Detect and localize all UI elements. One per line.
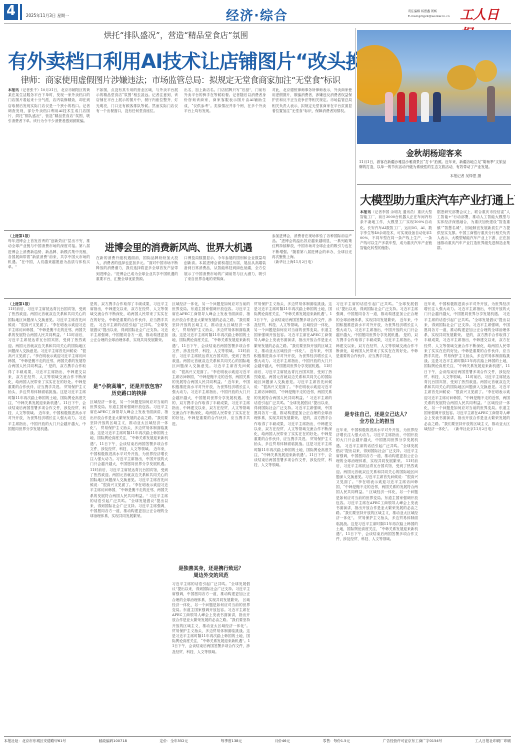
- mid-column-4: 参加进博会，消费者在现场体验了各种国际前沿产品。“进博会的溢出效应越来越明显，一…: [272, 234, 352, 296]
- side-byline: 本报讯: [360, 210, 371, 214]
- lower-column-5b: 近年来，中国积极推进高水平对外开放，为世界经济增长注入强大动力。习近平主席指出，…: [336, 428, 418, 732]
- side-column-2: 据悉研究部署会议上，联合重庆市经信委“人工智能+”行动部署，推动人工智能大模型与…: [437, 210, 510, 292]
- editor-info: 责任编辑 杨德鑫 周畅 E-mail:grbjjzk@workercn.cn: [408, 9, 450, 19]
- subhead-1: 是“小院高墙”，还是开放包容？ 历史路口的抉择: [90, 384, 168, 397]
- lower-column-2: 是的，双方携手合作取得了丰硕成果，习近平主席指出，中韩建交以来，双方在经贸、人文…: [90, 302, 168, 382]
- mid-column-3: 口博览局数据显示，今年参展的国别和企业数量均创新高。本届进博会面积超过历届，展品…: [184, 256, 266, 296]
- divider: [355, 28, 356, 296]
- editor-email: E-mail:grbjjzk@workercn.cn: [408, 14, 450, 19]
- lower-column-3b: 习近平主席的话语引起广泛共鸣。“全球发展倡议”提出以来，得到国际社会广泛支持。习…: [172, 582, 250, 732]
- side-headline[interactable]: 大模型助力重庆汽车产业打通上下游: [360, 192, 510, 208]
- autumn-poplar-photo[interactable]: [357, 30, 511, 144]
- lead-headline[interactable]: 有外卖档口利用AI技术让店铺图片“改头换面”: [8, 46, 353, 74]
- footer-address: 本报社址：北京市东城区安德路甲61号: [4, 739, 66, 746]
- photo-person: [397, 92, 405, 122]
- mid-column-1: （上接第1版）每年进博会上首发首秀的“创新效应”层出不穷，推动全球产业链与中国消…: [8, 234, 90, 294]
- footer-price-quarter: 每季度138元: [221, 739, 242, 746]
- photo-person: [433, 92, 441, 122]
- footer-price-year: 定价：全年552元: [160, 739, 188, 746]
- lower-column-2b: 区域经济一体化，另一个问题是如何应对当前的世界变局。东道主国家强调开放包容。习近…: [90, 400, 168, 732]
- subhead-2: 是专注自己，还是立己达人？ 全方位上的担当: [336, 412, 418, 425]
- page-number: 4: [4, 4, 18, 20]
- section-title: 经济·综合: [226, 5, 288, 24]
- photo-credit: 本报记者 吴铎思 摄: [450, 174, 481, 179]
- photo-tree: [357, 45, 402, 105]
- photo-caption: 11月1日，游客在新疆沙雅县沙雅湾景区“打卡”拍照。近年来，新疆各地立足“胡杨季…: [359, 160, 509, 170]
- footer-postal: 邮政编码100718: [99, 739, 127, 746]
- divider: [357, 184, 511, 185]
- photo-person: [385, 92, 393, 122]
- divider: [4, 230, 354, 231]
- photo-person: [421, 92, 429, 122]
- divider: [4, 298, 511, 299]
- side-column-1: 本报讯（记者李国 余明友 通讯员）重庆大型智能工厂，前日3000台机器人正在车间…: [360, 210, 432, 292]
- mid-column-2: 在新的消费升级机遇面前，国际品牌纷纷加大投入，消费者的选择也更加多元。“面对中国…: [96, 256, 178, 296]
- lower-column-6: 近年来，中国积极推进高水平对外开放，为世界经济增长注入强大动力。习近平主席指出，…: [424, 302, 510, 732]
- photo-person: [409, 92, 417, 122]
- photo-caption-title: 金秋胡杨迎客来: [357, 148, 511, 159]
- subhead-3: 是独善其身，还是携行致远？ 周边外交的风范: [172, 566, 250, 579]
- footer-price-month: 月价46元: [275, 739, 290, 746]
- lower-column-3: 区域经济一体化，另一个问题是如何应对当前的世界变局。东道主国家强调开放包容。习近…: [172, 302, 250, 564]
- lower-column-4: 贸易保护主义抬头，多边贸易体制面临挑战。这是习近平主席时隔11年再次踏上韩国的土…: [254, 302, 332, 732]
- lower-column-5: 习近平主席的话语引起广泛共鸣。“全球发展倡议”提出以来，得到国际社会广泛支持。习…: [336, 302, 418, 410]
- lead-column-1: 本报讯（记者张千）10月31日，北京市朝阳区的黄某在某生活服务平台下单时，发现一…: [8, 88, 90, 228]
- lead-byline: 本报讯: [8, 88, 19, 92]
- lower-column-1: （上接第1版）11时前后，习近平主席抵达青瓦台国宾馆，受到了热烈欢迎。两国元首就…: [8, 302, 86, 732]
- page-number-bar: [20, 4, 22, 20]
- masthead: 4 2025年11月3日 星期一 经济·综合 责任编辑 杨德鑫 周畅 E-mai…: [4, 4, 511, 24]
- lead-subheadline: 律师：商家使用虚假图片涉嫌违法；市场监管总局：拟规定无堂食商家加注“无堂食”标识: [8, 74, 353, 86]
- mid-headline[interactable]: 进博会里的消费新风尚、世界大机遇: [96, 240, 261, 254]
- lead-column-4: 对此，北京德恒律师事务所律师表示，外卖商家使用虚假图片，欺骗消费者，涉嫌违反消费…: [272, 88, 352, 228]
- lead-column-2: 不如图，点没有其专用的营业区域，与外卖平台展示的精品堂食店“氛围”相去甚远。记者…: [96, 88, 178, 228]
- photo-person: [487, 86, 495, 122]
- photo-tree: [475, 60, 497, 82]
- lead-kicker: 烘托“排队盛况”，营造“精品堂食店”氛围: [96, 30, 256, 41]
- publication-date: 2025年11月3日 星期一: [26, 13, 69, 19]
- footer: 本报社址：北京市东城区安德路甲61号 邮政编码100718 定价：全年552元 …: [4, 736, 511, 746]
- footer-ad-license: 广告经营许可证京东工商广字0154号: [383, 739, 442, 746]
- lead-column-3: 出名，加上新店名。门店招牌只写“后厨”，门前有外卖平台的骑手在等候取餐。记者随后…: [184, 88, 266, 228]
- footer-price-retail: 零售：每份1.5元: [323, 739, 350, 746]
- photo-tree: [447, 65, 477, 90]
- footer-printer: 工人日报社印刷厂印刷: [475, 739, 511, 746]
